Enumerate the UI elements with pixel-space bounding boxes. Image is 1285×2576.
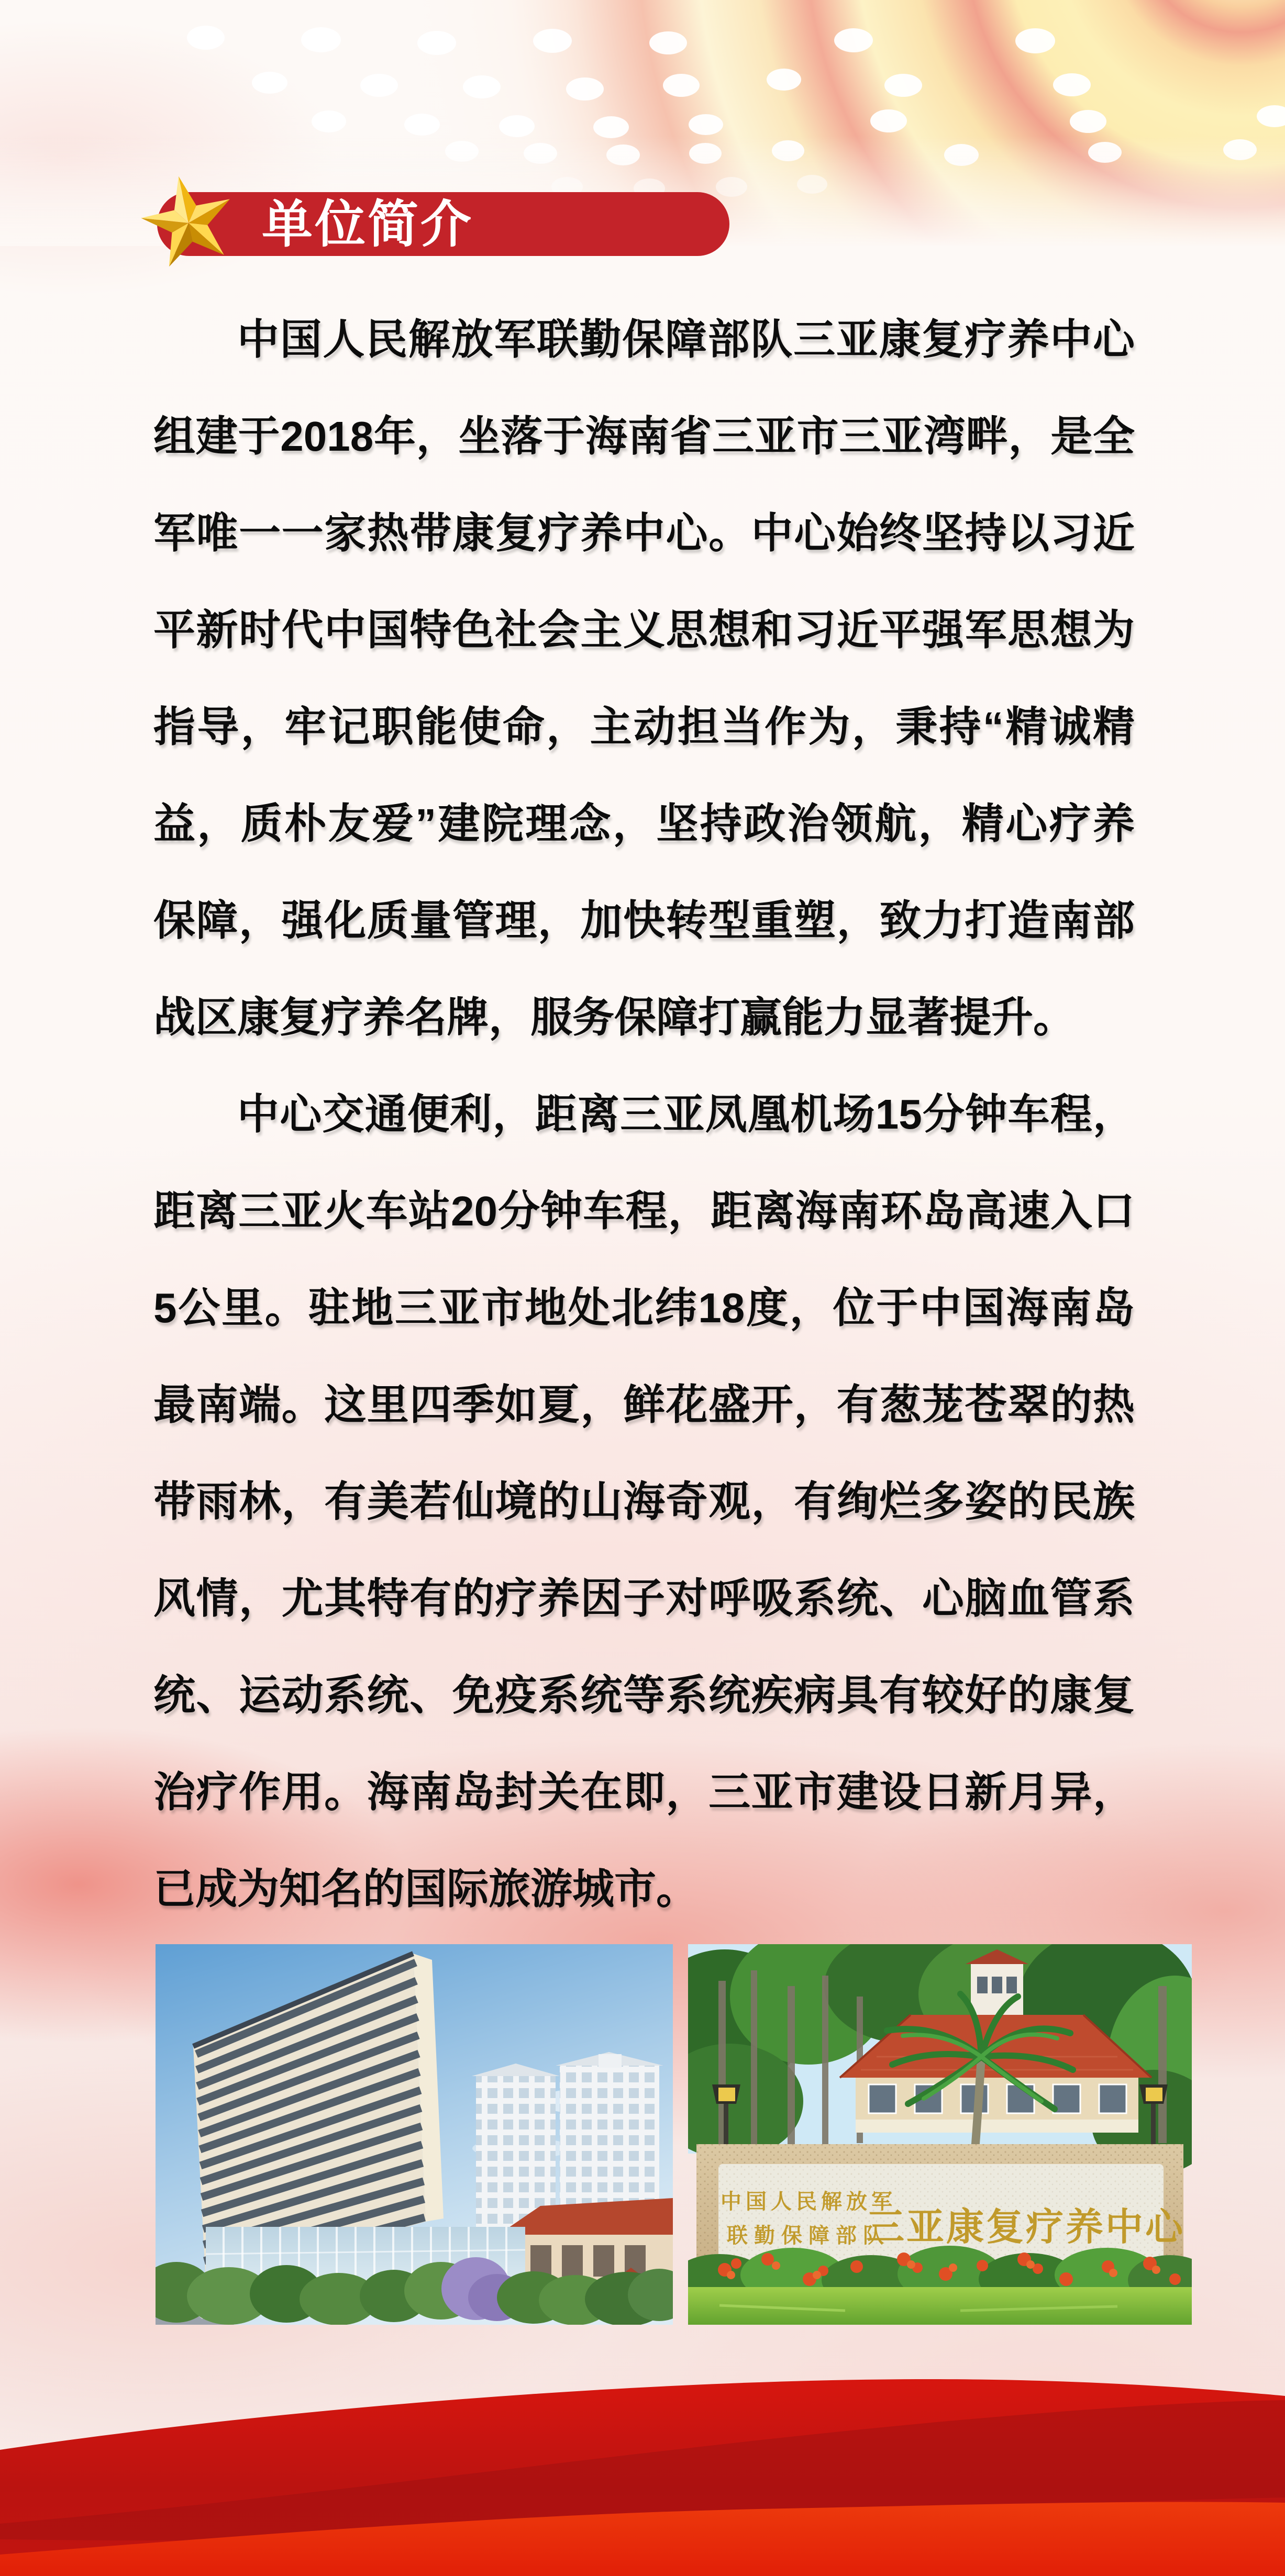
- section-title: 单位简介: [262, 192, 473, 256]
- section-title-banner: 单位简介: [157, 192, 729, 256]
- intro-paragraph-1: 中国人民解放军联勤保障部队三亚康复疗养中心组建于2018年，坐落于海南省三亚市三…: [153, 291, 1135, 1066]
- star-icon: [129, 163, 248, 283]
- photo-row: 中国人民解放军 联勤保障部队 三亚康复疗养中心: [156, 1944, 1192, 2325]
- bottom-wave-decoration: [0, 2367, 1285, 2576]
- photo-building-rendering: [156, 1944, 673, 2325]
- sign-center-name: 三亚康复疗养中心: [867, 2206, 1185, 2248]
- sign-unit-line2: 联勤保障部队: [727, 2224, 890, 2247]
- intro-text-block: 中国人民解放军联勤保障部队三亚康复疗养中心组建于2018年，坐落于海南省三亚市三…: [153, 291, 1135, 1937]
- photo-entrance-sign: 中国人民解放军 联勤保障部队 三亚康复疗养中心: [688, 1944, 1192, 2325]
- intro-paragraph-2: 中心交通便利，距离三亚凤凰机场15分钟车程，距离三亚火车站20分钟车程，距离海南…: [153, 1066, 1135, 1937]
